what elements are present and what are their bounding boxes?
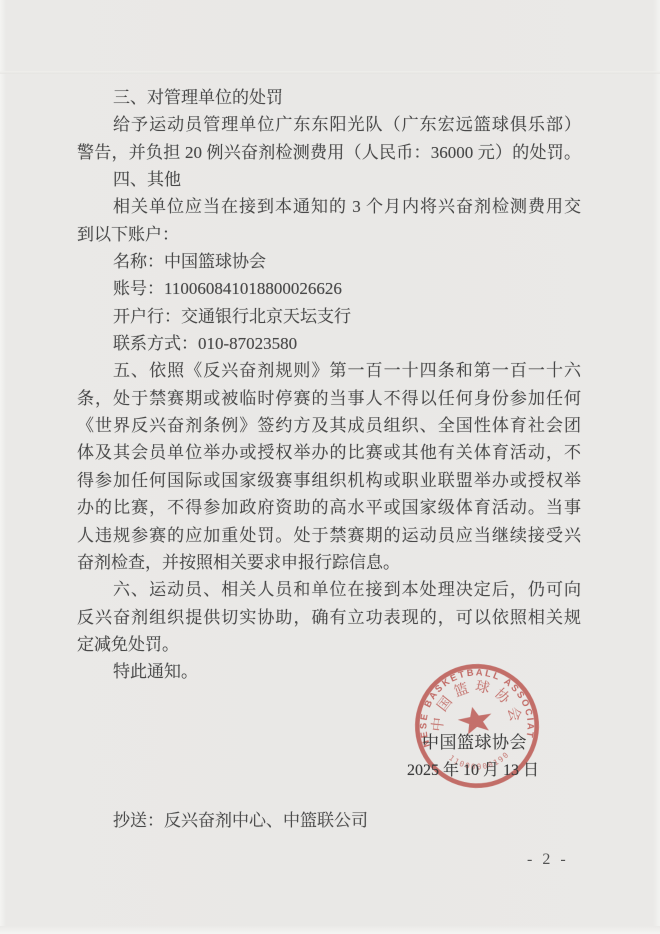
signature-organization: 中国篮球协会 bbox=[422, 728, 527, 753]
scan-crease-line bbox=[0, 71, 660, 74]
notice-body-text: 三、对管理单位的处罚 给予运动员管理单位广东东阳光队（广东宏远篮球俱乐部） 警告… bbox=[77, 84, 581, 686]
body-line: 警告，并负担 20 例兴奋剂检测费用（人民币：36000 元）的处罚。 bbox=[77, 139, 581, 166]
signature-date: 2025 年 10 月 13 日 bbox=[407, 757, 539, 780]
body-line: 反兴奋剂组织提供切实协助，确有立功表现的，可以依照相关规 bbox=[77, 604, 581, 631]
body-line: 给予运动员管理单位广东东阳光队（广东宏远篮球俱乐部） bbox=[77, 111, 581, 138]
page-number: - 2 - bbox=[527, 851, 569, 869]
account-name-line: 名称：中国篮球协会 bbox=[77, 248, 581, 275]
scanned-notice-page: 三、对管理单位的处罚 给予运动员管理单位广东东阳光队（广东宏远篮球俱乐部） 警告… bbox=[0, 0, 660, 934]
body-line: 相关单位应当在接到本通知的 3 个月内将兴奋剂检测费用交 bbox=[77, 193, 581, 220]
body-line: 奋剂检查，并按照相关要求申报行踪信息。 bbox=[77, 549, 581, 576]
cc-recipients-line: 抄送：反兴奋剂中心、中篮联公司 bbox=[113, 806, 368, 831]
section-5-heading: 五、依照《反兴奋剂规则》第一百一十四条和第一百一十六 bbox=[77, 357, 581, 384]
contact-phone-line: 联系方式：010-87023580 bbox=[77, 330, 581, 357]
official-seal-graphic: CHINESE BASKETBALL ASSOCIATION 中国篮球协会 11… bbox=[385, 634, 569, 818]
body-line: 人违规参赛的应加重处罚。处于禁赛期的运动员应当继续接受兴 bbox=[77, 522, 581, 549]
body-line: 到以下账户： bbox=[77, 221, 581, 248]
section-4-heading: 四、其他 bbox=[77, 166, 581, 193]
body-line: 办的比赛，不得参加政府资助的高水平或国家级体育活动。当事 bbox=[77, 494, 581, 521]
body-line: 体及其会员单位举办或授权举办的比赛或其他有关体育活动，不 bbox=[77, 439, 581, 466]
account-number-line: 账号：110060841018800026626 bbox=[77, 275, 581, 302]
section-3-heading: 三、对管理单位的处罚 bbox=[77, 84, 581, 111]
section-6-heading: 六、运动员、相关人员和单位在接到本处理决定后，仍可向 bbox=[77, 576, 581, 603]
official-seal: CHINESE BASKETBALL ASSOCIATION 中国篮球协会 11… bbox=[385, 634, 569, 818]
body-line: 《世界反兴奋剂条例》签约方及其成员组织、全国性体育社会团 bbox=[77, 412, 581, 439]
body-line: 条，处于禁赛期或被临时停赛的当事人不得以任何身份参加任何 bbox=[77, 385, 581, 412]
body-line: 得参加任何国际或国家级赛事组织机构或职业联盟举办或授权举 bbox=[77, 467, 581, 494]
bank-branch-line: 开户行：交通银行北京天坛支行 bbox=[77, 303, 581, 330]
